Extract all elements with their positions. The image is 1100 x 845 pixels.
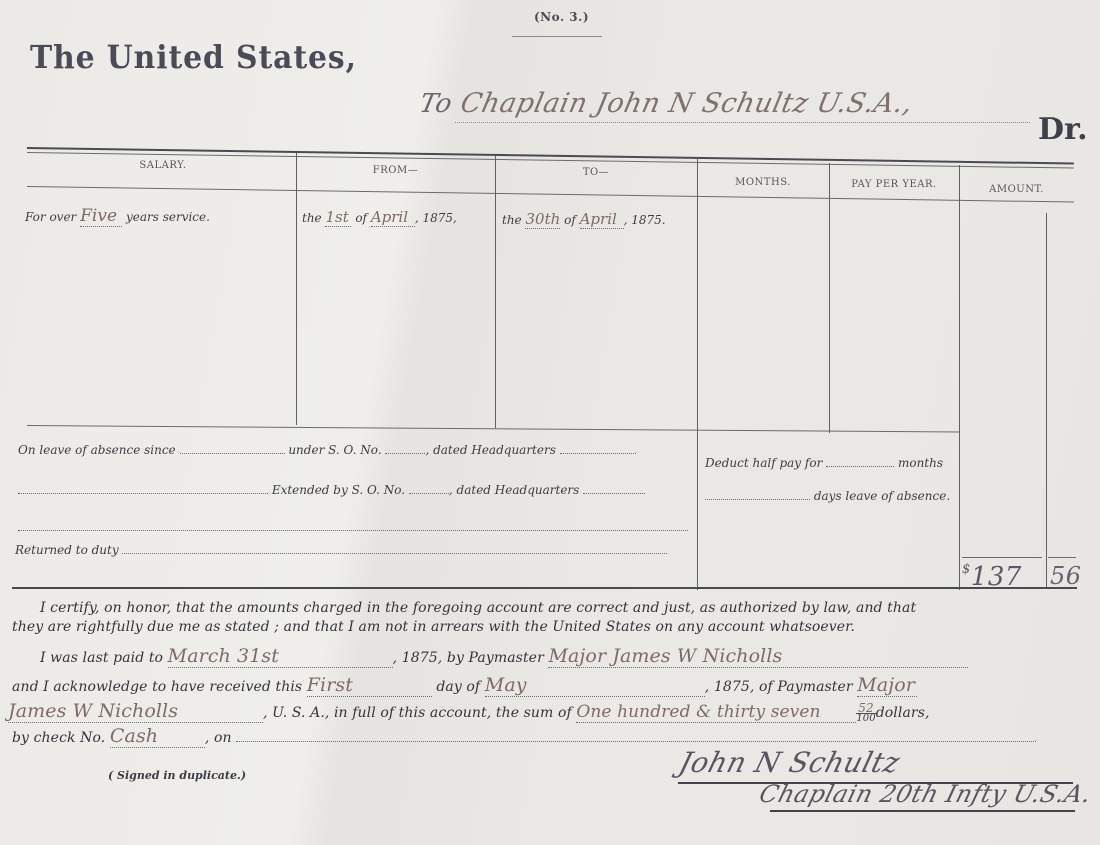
amount-total-rule [962, 557, 1042, 558]
sum-line: James W Nicholls, U. S. A., in full of t… [8, 700, 930, 724]
certify-line-1: I certify, on honor, that the amounts ch… [40, 600, 916, 616]
returned-field[interactable] [122, 552, 667, 554]
deduct-line-1: Deduct half pay for months [705, 456, 943, 470]
signed-in-duplicate-note: ( Signed in duplicate.) [108, 769, 246, 782]
to-year: , 1875. [624, 213, 666, 227]
cents-total-rule [1048, 557, 1076, 558]
salary-years-field[interactable]: Five [80, 206, 122, 227]
col-divider-amount-cents [1046, 213, 1047, 589]
signature-title-rule [770, 810, 1075, 812]
check-number-field[interactable]: Cash [110, 725, 205, 748]
from-the: the [302, 211, 322, 225]
col-divider-months-pay [829, 163, 830, 433]
from-month-field[interactable]: April [371, 208, 415, 227]
to-day-field[interactable]: 30th [525, 210, 560, 229]
usa-text: , U. S. A., in full of this account, the… [263, 705, 572, 721]
acknowledge-paymaster-rank-field[interactable]: Major [857, 674, 917, 697]
to-of: of [564, 213, 576, 227]
header-pay-per-year: PAY PER YEAR. [829, 179, 959, 190]
leave-line-1: On leave of absence since under S. O. No… [18, 443, 636, 457]
extended-since-field[interactable] [18, 492, 268, 494]
header-to: TO— [495, 167, 697, 178]
deduct-months-label: months [898, 456, 943, 470]
salary-suffix: years service. [126, 210, 210, 224]
check-label: by check No. [12, 730, 105, 746]
sum-cents-numerator: 52 [856, 703, 875, 714]
sum-cents-fraction: 52100 [856, 703, 875, 724]
acknowledge-month-field[interactable]: May [485, 674, 705, 697]
to-month-field[interactable]: April [580, 210, 624, 229]
last-paid-paymaster-field[interactable]: Major James W Nicholls [548, 645, 968, 668]
last-paid-year: , 1875, by Paymaster [393, 650, 544, 666]
header-salary: SALARY. [30, 160, 296, 171]
salary-prefix: For over [25, 210, 76, 224]
leave-hq-label: , dated Headquarters [425, 443, 555, 457]
leave-hq-field[interactable] [560, 452, 636, 454]
leave-so-label: under S. O. No. [288, 443, 381, 457]
document-title: The United States, [30, 38, 357, 76]
sum-cents-denominator: 100 [856, 714, 875, 724]
from-day-field[interactable]: 1st [325, 208, 351, 227]
leave-so-field[interactable] [385, 452, 425, 454]
payee-prefix: To [417, 89, 455, 119]
deduct-months-field[interactable] [826, 465, 894, 467]
to-cell: the 30th of April, 1875. [502, 210, 666, 229]
last-paid-label: I was last paid to [40, 650, 163, 666]
signature-title: Chaplain 20th Infty U.S.A. [756, 780, 1095, 808]
acknowledge-paymaster-name-field[interactable]: James W Nicholls [8, 700, 263, 723]
sum-words-field[interactable]: One hundred & thirty seven [576, 702, 856, 723]
form-number-rule [512, 36, 602, 37]
form-number: (No. 3.) [534, 10, 589, 24]
deduct-label: Deduct half pay for [705, 456, 822, 470]
returned-line: Returned to duty [15, 543, 667, 557]
signature-name: John N Schultz [676, 746, 904, 779]
check-line: by check No. Cash, on [12, 725, 1036, 748]
extended-so-label: Extended by S. O. No. [272, 483, 405, 497]
dollar-sign: $ [962, 562, 971, 577]
dollars-label: dollars, [876, 705, 930, 721]
deduct-days-field[interactable] [705, 498, 810, 500]
last-paid-line: I was last paid to March 31st, 1875, by … [40, 645, 968, 668]
acknowledge-day-of: day of [436, 679, 480, 695]
debtor-abbrev: Dr. [1038, 112, 1088, 147]
from-cell: the 1st of April, 1875, [302, 208, 457, 227]
payee-line: To Chaplain John N Schultz U.S.A., [417, 88, 916, 119]
salary-cell: For over Five years service. [25, 206, 210, 227]
col-divider-salary-from [296, 153, 297, 425]
payee-dotted-rule [455, 122, 1030, 123]
certify-line-2: they are rightfully due me as stated ; a… [12, 619, 855, 635]
deduct-line-2: days leave of absence. [705, 489, 950, 503]
deduct-days-label: days leave of absence. [814, 489, 950, 503]
check-on-label: , on [205, 730, 232, 746]
leave-since-field[interactable] [180, 452, 285, 454]
amount-cents: 56 [1050, 562, 1082, 590]
table-bottom-rule [12, 587, 1077, 589]
last-paid-date-field[interactable]: March 31st [168, 645, 393, 668]
check-on-field[interactable] [236, 740, 1036, 742]
extended-so-field[interactable] [409, 492, 449, 494]
acknowledge-label: and I acknowledge to have received this [12, 679, 302, 695]
leave-since-label: On leave of absence since [18, 443, 176, 457]
header-amount: AMOUNT. [959, 184, 1074, 195]
from-year: , 1875, [415, 211, 457, 225]
col-divider-pay-amount [959, 165, 960, 590]
header-from: FROM— [296, 165, 495, 176]
acknowledge-year: , 1875, of Paymaster [705, 679, 853, 695]
extended-hq-field[interactable] [583, 492, 645, 494]
col-divider-to-months [697, 158, 698, 590]
acknowledge-line: and I acknowledge to have received this … [12, 674, 917, 697]
leave-line-2: Extended by S. O. No. , dated Headquarte… [18, 483, 645, 497]
to-the: the [502, 213, 522, 227]
leave-blank-line[interactable] [18, 530, 688, 531]
from-of: of [355, 211, 367, 225]
payee-name: Chaplain John N Schultz U.S.A. [458, 88, 907, 119]
col-divider-from-to [495, 156, 496, 428]
acknowledge-day-field[interactable]: First [307, 674, 432, 697]
returned-label: Returned to duty [15, 543, 119, 557]
header-months: MONTHS. [697, 177, 829, 188]
extended-hq-label: , dated Headquarters [449, 483, 579, 497]
